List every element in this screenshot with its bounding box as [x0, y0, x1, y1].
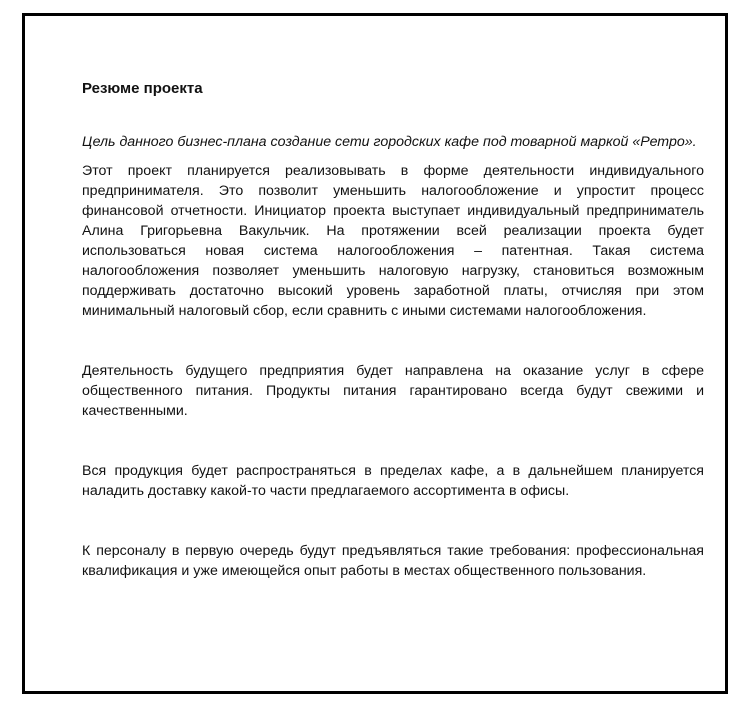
spacer — [82, 321, 704, 361]
paragraph-goal: Цель данного бизнес-плана создание сети … — [82, 132, 704, 152]
spacer — [82, 501, 704, 541]
paragraph-staff: К персоналу в первую очередь будут предъ… — [82, 541, 704, 581]
paragraph-legal-form: Этот проект планируется реализовывать в … — [82, 161, 704, 321]
paragraph-activity: Деятельность будущего предприятия будет … — [82, 361, 704, 421]
section-title: Резюме проекта — [82, 79, 704, 99]
paragraph-distribution: Вся продукция будет распространяться в п… — [82, 461, 704, 501]
document-content: Резюме проекта Цель данного бизнес-плана… — [82, 79, 704, 581]
document-page: Резюме проекта Цель данного бизнес-плана… — [22, 13, 728, 694]
spacer — [82, 421, 704, 461]
